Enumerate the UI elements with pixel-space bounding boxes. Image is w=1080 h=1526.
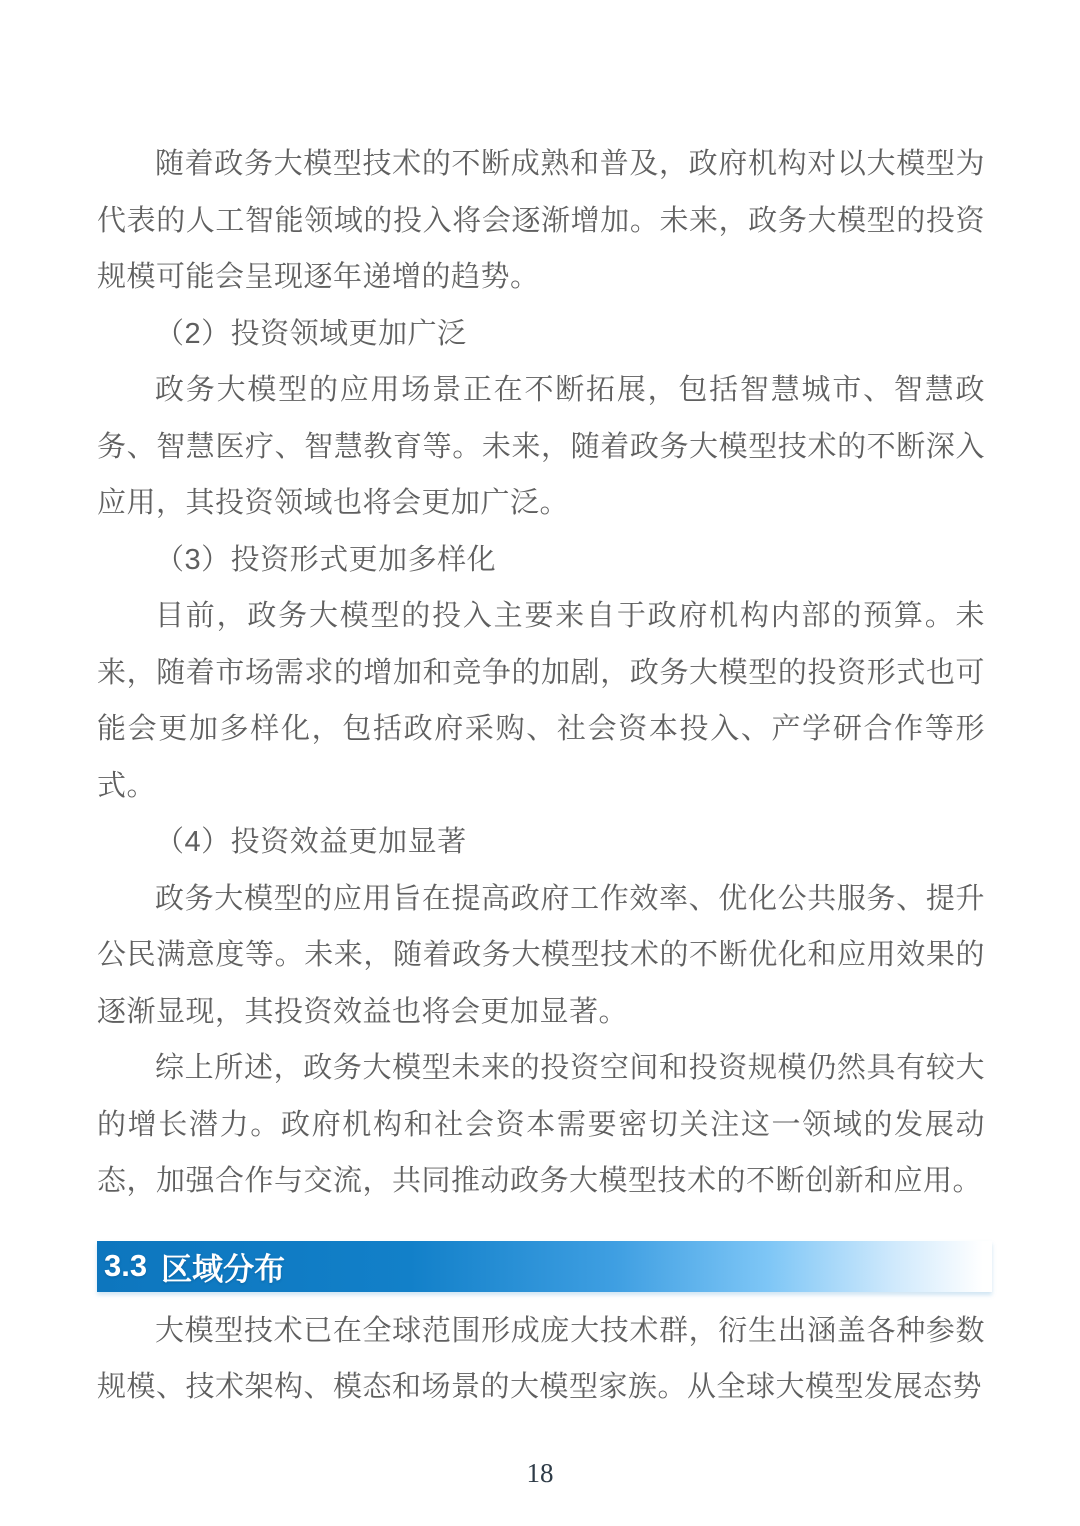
section-title: 区域分布 (161, 1244, 285, 1289)
body-paragraph: 大模型技术已在全球范围形成庞大技术群，衍生出涵盖各种参数规模、技术架构、模态和场… (97, 1303, 985, 1416)
sub-heading: （3）投资形式更加多样化 (97, 532, 985, 589)
sub-heading: （4）投资效益更加显著 (97, 814, 985, 871)
page-number: 18 (0, 1458, 1080, 1489)
body-paragraph: 随着政务大模型技术的不断成熟和普及，政府机构对以大模型为代表的人工智能领域的投入… (97, 136, 985, 306)
body-paragraph: 政务大模型的应用场景正在不断拓展，包括智慧城市、智慧政务、智慧医疗、智慧教育等。… (97, 362, 985, 532)
paragraph-block-before-header: 随着政务大模型技术的不断成熟和普及，政府机构对以大模型为代表的人工智能领域的投入… (97, 136, 985, 1210)
sub-heading: （2）投资领域更加广泛 (97, 306, 985, 363)
document-page: 随着政务大模型技术的不断成熟和普及，政府机构对以大模型为代表的人工智能领域的投入… (0, 0, 1080, 1526)
paragraph-block-after-header: 大模型技术已在全球范围形成庞大技术群，衍生出涵盖各种参数规模、技术架构、模态和场… (97, 1303, 985, 1416)
body-paragraph: 目前，政务大模型的投入主要来自于政府机构内部的预算。未来，随着市场需求的增加和竞… (97, 588, 985, 814)
section-number: 3.3 (104, 1248, 147, 1284)
section-header-bar: 3.3 区域分布 (97, 1241, 992, 1292)
body-paragraph: 政务大模型的应用旨在提高政府工作效率、优化公共服务、提升公民满意度等。未来，随着… (97, 871, 985, 1041)
body-paragraph: 综上所述，政务大模型未来的投资空间和投资规模仍然具有较大的增长潜力。政府机构和社… (97, 1040, 985, 1210)
page-content: 随着政务大模型技术的不断成熟和普及，政府机构对以大模型为代表的人工智能领域的投入… (0, 0, 1080, 1416)
